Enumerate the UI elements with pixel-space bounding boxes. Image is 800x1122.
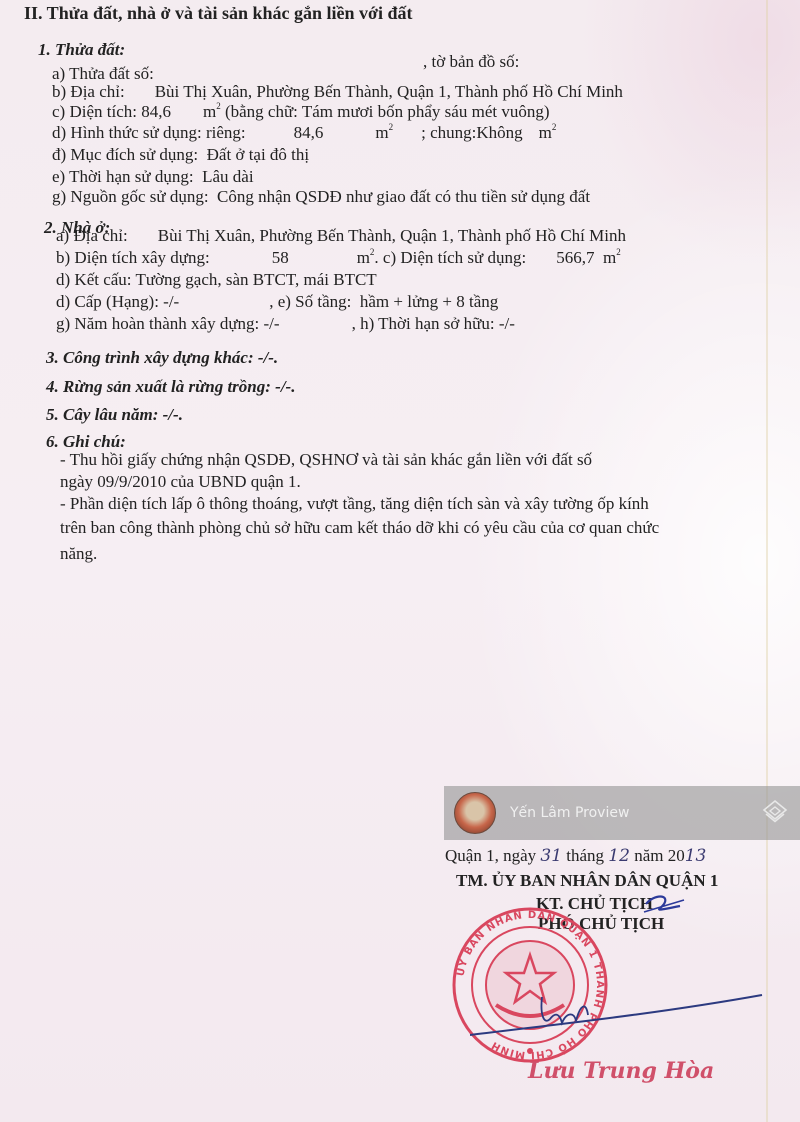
private-area: 84,6 [294,123,324,142]
issue-year: 13 [685,846,707,866]
initial-mark [640,890,688,916]
section-title: II. Thửa đất, nhà ở và tài sản khác gắn … [24,3,413,23]
note-line: trên ban công thành phòng chủ sở hữu cam… [60,518,659,538]
land-address: Bùi Thị Xuân, Phường Bến Thành, Quận 1, … [155,82,623,101]
land-area: c) Diện tích: 84,6 [52,102,171,121]
other-construction: 3. Công trình xây dựng khác: -/-. [46,348,278,368]
floor-count: hầm + lửng + 8 tầng [360,292,498,311]
issue-day: 31 [540,846,562,866]
house-structure: d) Kết cấu: Tường gạch, sàn BTCT, mái BT… [56,270,377,290]
production-forest: 4. Rừng sản xuất là rừng trồng: -/-. [46,377,295,397]
land-area-words: (bằng chữ: Tám mươi bốn phẩy sáu mét vuô… [225,102,550,121]
land-term: Lâu dài [202,167,253,186]
account-overlay[interactable]: Yến Lâm Proview [444,786,800,840]
land-term-row: e) Thời hạn sử dụng: Lâu dài [52,167,254,187]
notes-heading: 6. Ghi chú: [46,432,126,452]
building-area: 58 [272,248,289,267]
land-b-label: b) Địa chỉ: [52,82,125,101]
land-origin: Công nhận QSDĐ như giao đất có thu tiền … [217,187,590,206]
house-address-row: a) Địa chỉ:Bùi Thị Xuân, Phường Bến Thàn… [56,226,626,246]
account-name[interactable]: Yến Lâm Proview [510,805,629,821]
note-line: năng. [60,544,97,564]
paper-edge [766,0,768,1122]
land-origin-row: g) Nguồn gốc sử dụng: Công nhận QSDĐ như… [52,187,590,207]
land-address-row: b) Địa chỉ:Bùi Thị Xuân, Phường Bến Thàn… [52,82,623,102]
avatar[interactable] [454,792,496,834]
note-line: ngày 09/9/2010 của UBND quận 1. [60,472,301,492]
note-line: - Thu hồi giấy chứng nhận QSDĐ, QSHNƠ và… [60,450,592,470]
signer-name: Lưu Trung Hòa [528,1058,714,1084]
land-purpose: Đất ở tại đô thị [207,145,309,164]
layers-icon[interactable] [760,798,790,828]
perennial-trees: 5. Cây lâu năm: -/-. [46,405,183,425]
land-area-row: c) Diện tích: 84,6m2 (bằng chữ: Tám mươi… [52,102,550,122]
issue-date: Quận 1, ngày 31 tháng 12 năm 2013 [445,846,706,866]
land-heading: 1. Thửa đất: [38,40,125,60]
org-line: TM. ỦY BAN NHÂN DÂN QUẬN 1 [456,871,718,891]
note-line: - Phần diện tích lấp ô thông thoáng, vượ… [60,494,649,514]
signature [470,975,770,1055]
house-grade-row: d) Cấp (Hạng): -/-, e) Số tầng: hầm + lử… [56,292,498,312]
house-address: Bùi Thị Xuân, Phường Bến Thành, Quận 1, … [158,226,626,245]
map-sheet-label: , tờ bản đồ số: [423,52,519,72]
house-area-row: b) Diện tích xây dựng:58m2. c) Diện tích… [56,248,621,268]
shared-area: ; chung:Không [421,123,523,142]
house-completion-row: g) Năm hoàn thành xây dựng: -/-, h) Thời… [56,314,515,334]
land-a-label: a) Thửa đất số: [52,64,154,84]
land-purpose-row: đ) Mục đích sử dụng: Đất ở tại đô thị [52,145,309,165]
land-usage-form-row: d) Hình thức sử dụng: riêng:84,6m2; chun… [52,123,556,143]
usable-area: 566,7 [556,248,594,267]
issue-month: 12 [608,846,630,866]
